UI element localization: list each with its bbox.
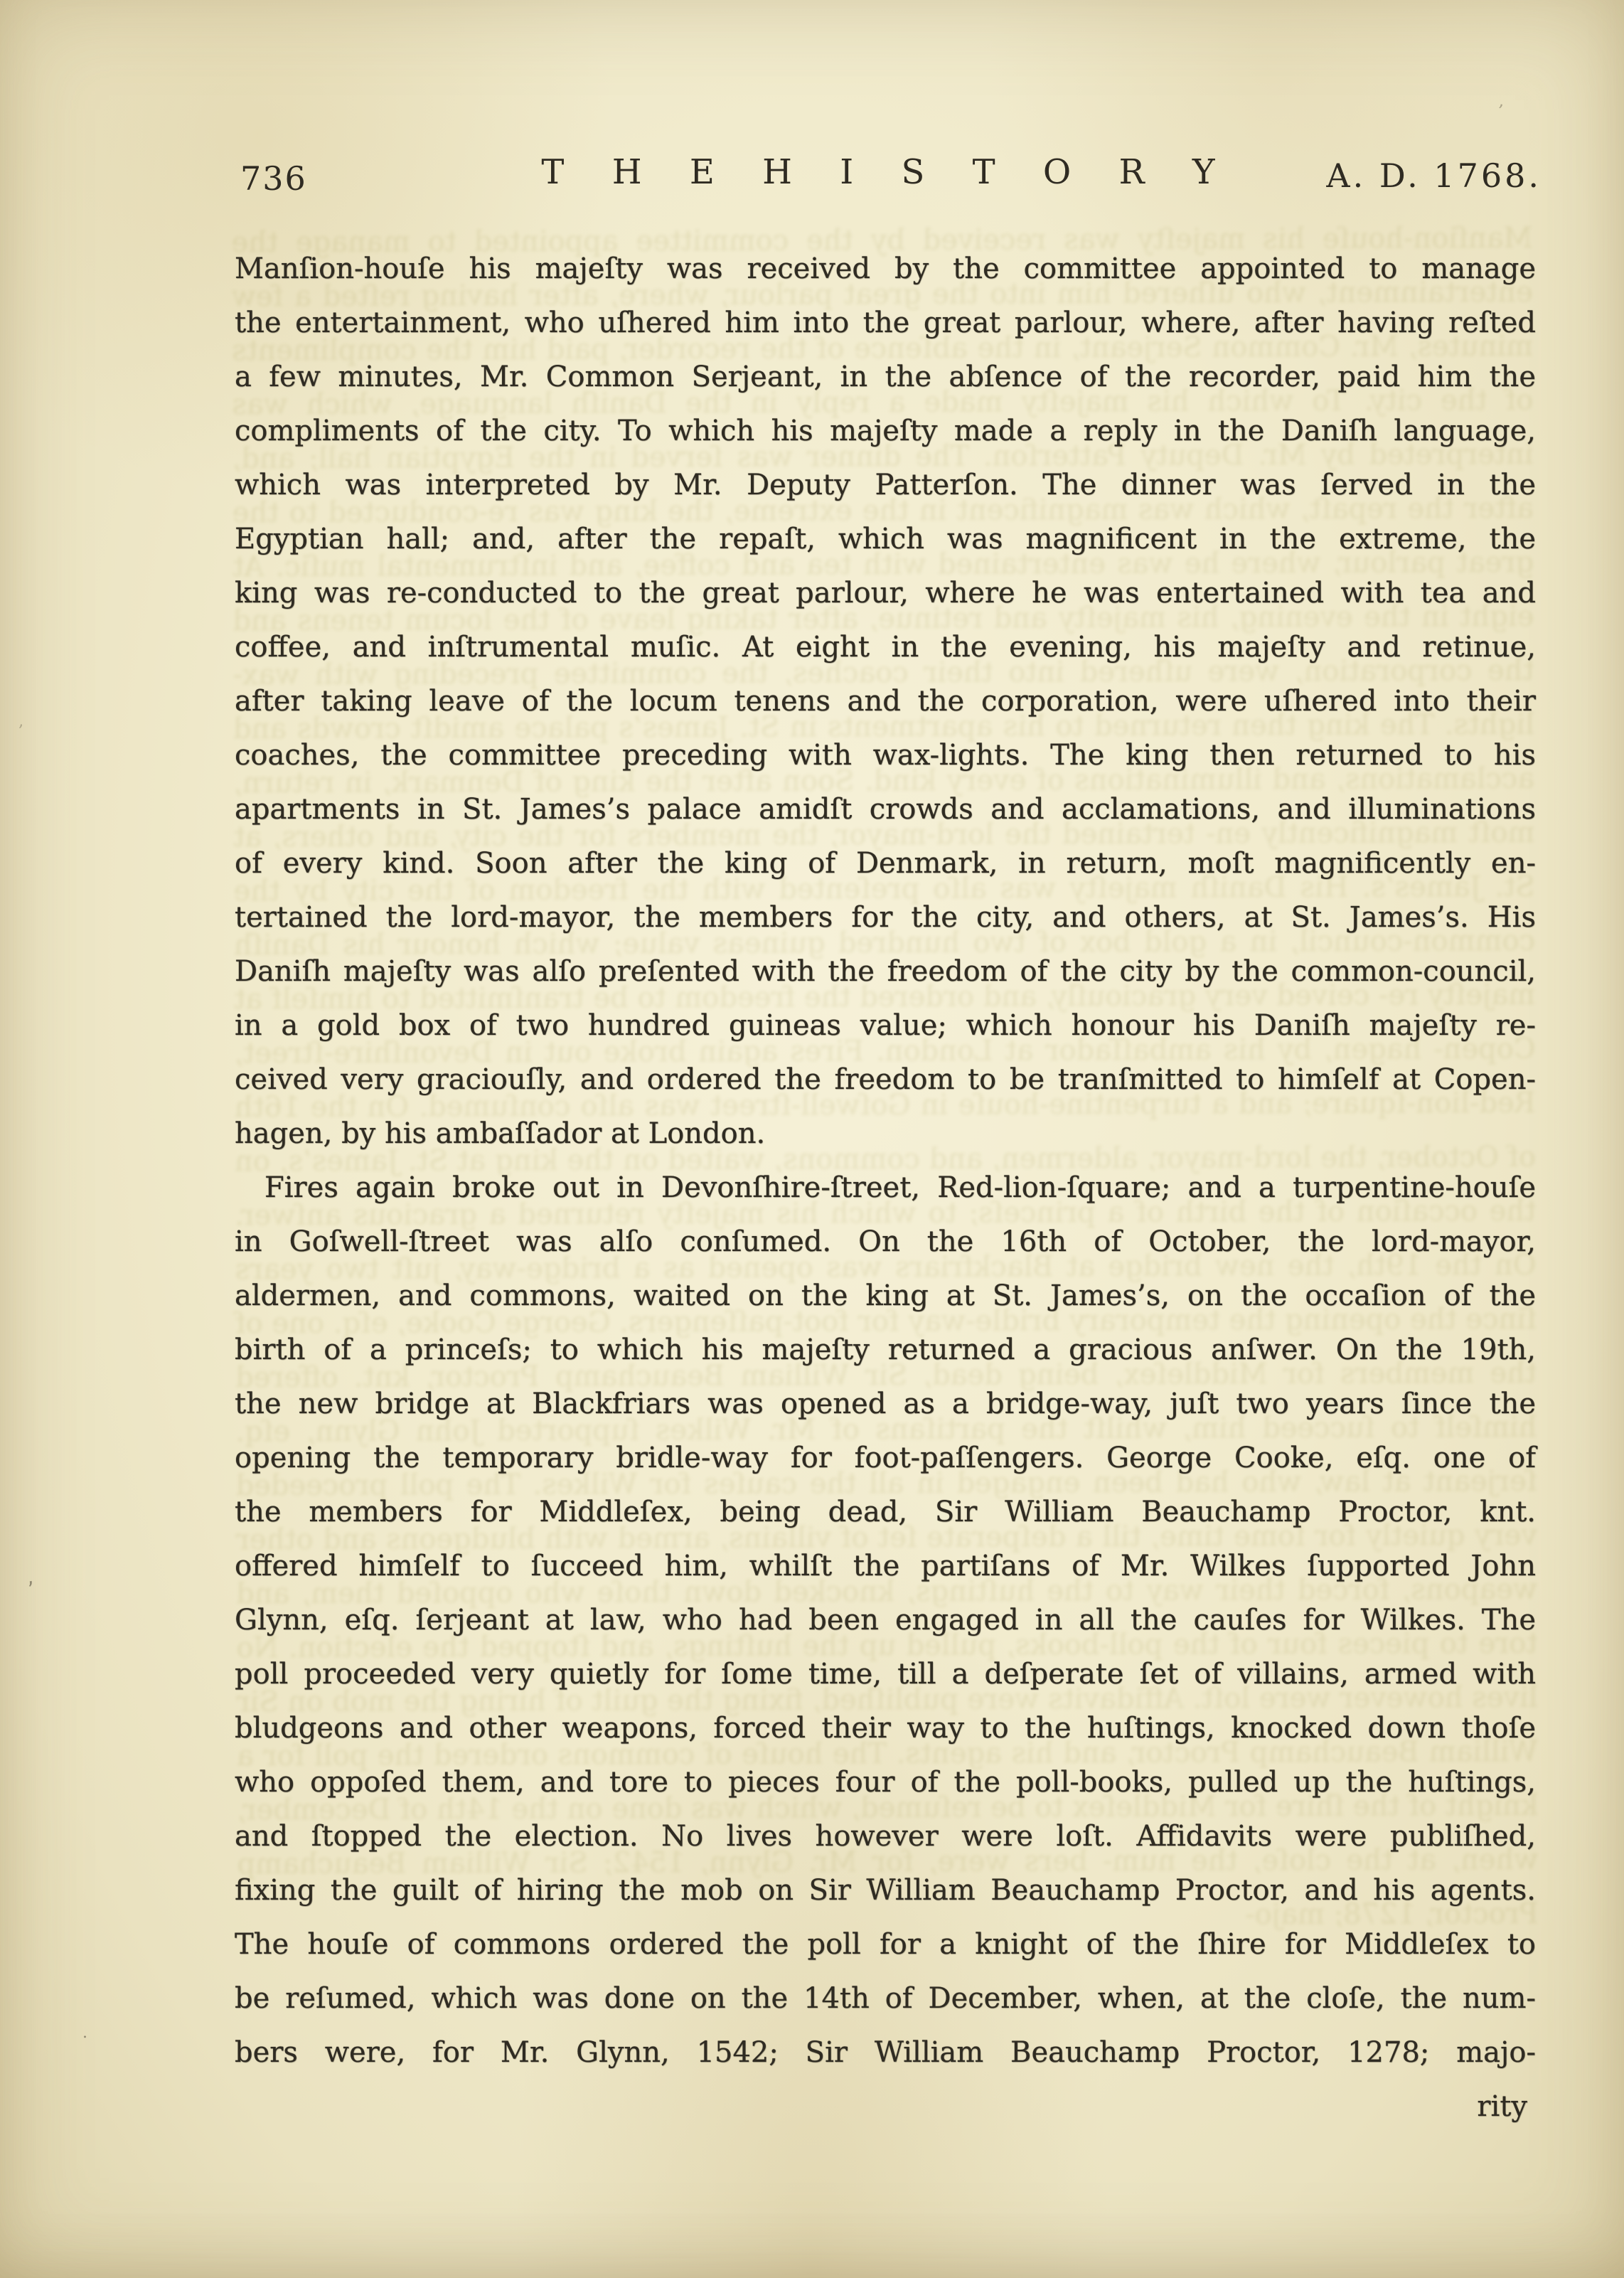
text-line: king was re-conducted to the great parlo… <box>235 566 1536 620</box>
text-line paragraph-start: Fires again broke out in Devonſhire-ſtre… <box>235 1161 1536 1215</box>
body-text: Manſion-houſe his majeſty was received b… <box>235 242 1536 2134</box>
text-line: birth of a princeſs; to which his majeſt… <box>235 1323 1536 1377</box>
catchword-line: rity <box>235 2080 1536 2134</box>
text-line: which was interpreted by Mr. Deputy Patt… <box>235 458 1536 512</box>
text-line: in Goſwell-ſtreet was alſo conſumed. On … <box>235 1215 1536 1269</box>
text-line: and ſtopped the election. No lives howev… <box>235 1809 1536 1863</box>
text-line: a few minutes, Mr. Common Serjeant, in t… <box>235 350 1536 404</box>
text-line: Daniſh majeſty was alſo preſented with t… <box>235 944 1536 999</box>
text-line: offered himſelf to ſucceed him, whilſt t… <box>235 1539 1536 1593</box>
text-line: Manſion-houſe his majeſty was received b… <box>235 242 1536 296</box>
text-line: the new bridge at Blackfriars was opened… <box>235 1377 1536 1431</box>
text-line: apartments in St. James’s palace amidſt … <box>235 782 1536 836</box>
text-line: in a gold box of two hundred guineas val… <box>235 999 1536 1053</box>
page-scan: Manſion-houſe his majeſty was received b… <box>0 0 1624 2278</box>
text-line: coaches, the committee preceding with wa… <box>235 728 1536 782</box>
text-line: the entertainment, who uſhered him into … <box>235 296 1536 350</box>
text-line: be reſumed, which was done on the 14th o… <box>235 1971 1536 2026</box>
text-line: the members for Middleſex, being dead, S… <box>235 1485 1536 1539</box>
text-line: The houſe of commons ordered the poll fo… <box>235 1917 1536 1971</box>
ink-speck: ‚ <box>18 713 23 730</box>
text-line: fixing the guilt of hiring the mob on Si… <box>235 1863 1536 1917</box>
text-line: aldermen, and commons, waited on the kin… <box>235 1269 1536 1323</box>
text-line: ceived very graciouſly, and ordered the … <box>235 1053 1536 1107</box>
text-line: bludgeons and other weapons, forced thei… <box>235 1701 1536 1755</box>
text-line: of every kind. Soon after the king of De… <box>235 836 1536 890</box>
ink-speck: ’ <box>1496 101 1504 122</box>
catchword: rity <box>1477 2090 1527 2123</box>
text-line: tertained the lord-mayor, the members fo… <box>235 890 1536 944</box>
text-line paragraph-end: hagen, by his ambaſſador at London. <box>235 1107 1536 1161</box>
text-line: Egyptian hall; and, after the repaſt, wh… <box>235 512 1536 566</box>
text-line: coffee, and inſtrumental muſic. At eight… <box>235 620 1536 674</box>
text-line: poll proceeded very quietly for ſome tim… <box>235 1647 1536 1701</box>
text-line: who oppoſed them, and tore to pieces fou… <box>235 1755 1536 1809</box>
text-line: compliments of the city. To which his ma… <box>235 404 1536 458</box>
text-line: opening the temporary bridle-way for foo… <box>235 1431 1536 1485</box>
ink-speck: . <box>82 2024 87 2042</box>
running-header-date: A. D. 1768. <box>1326 156 1542 195</box>
text-line: after taking leave of the locum tenens a… <box>235 674 1536 728</box>
ink-speck: ’ <box>26 1577 38 1602</box>
text-line: bers were, for Mr. Glynn, 1542; Sir Will… <box>235 2026 1536 2080</box>
text-line: Glynn, eſq. ſerjeant at law, who had bee… <box>235 1593 1536 1647</box>
